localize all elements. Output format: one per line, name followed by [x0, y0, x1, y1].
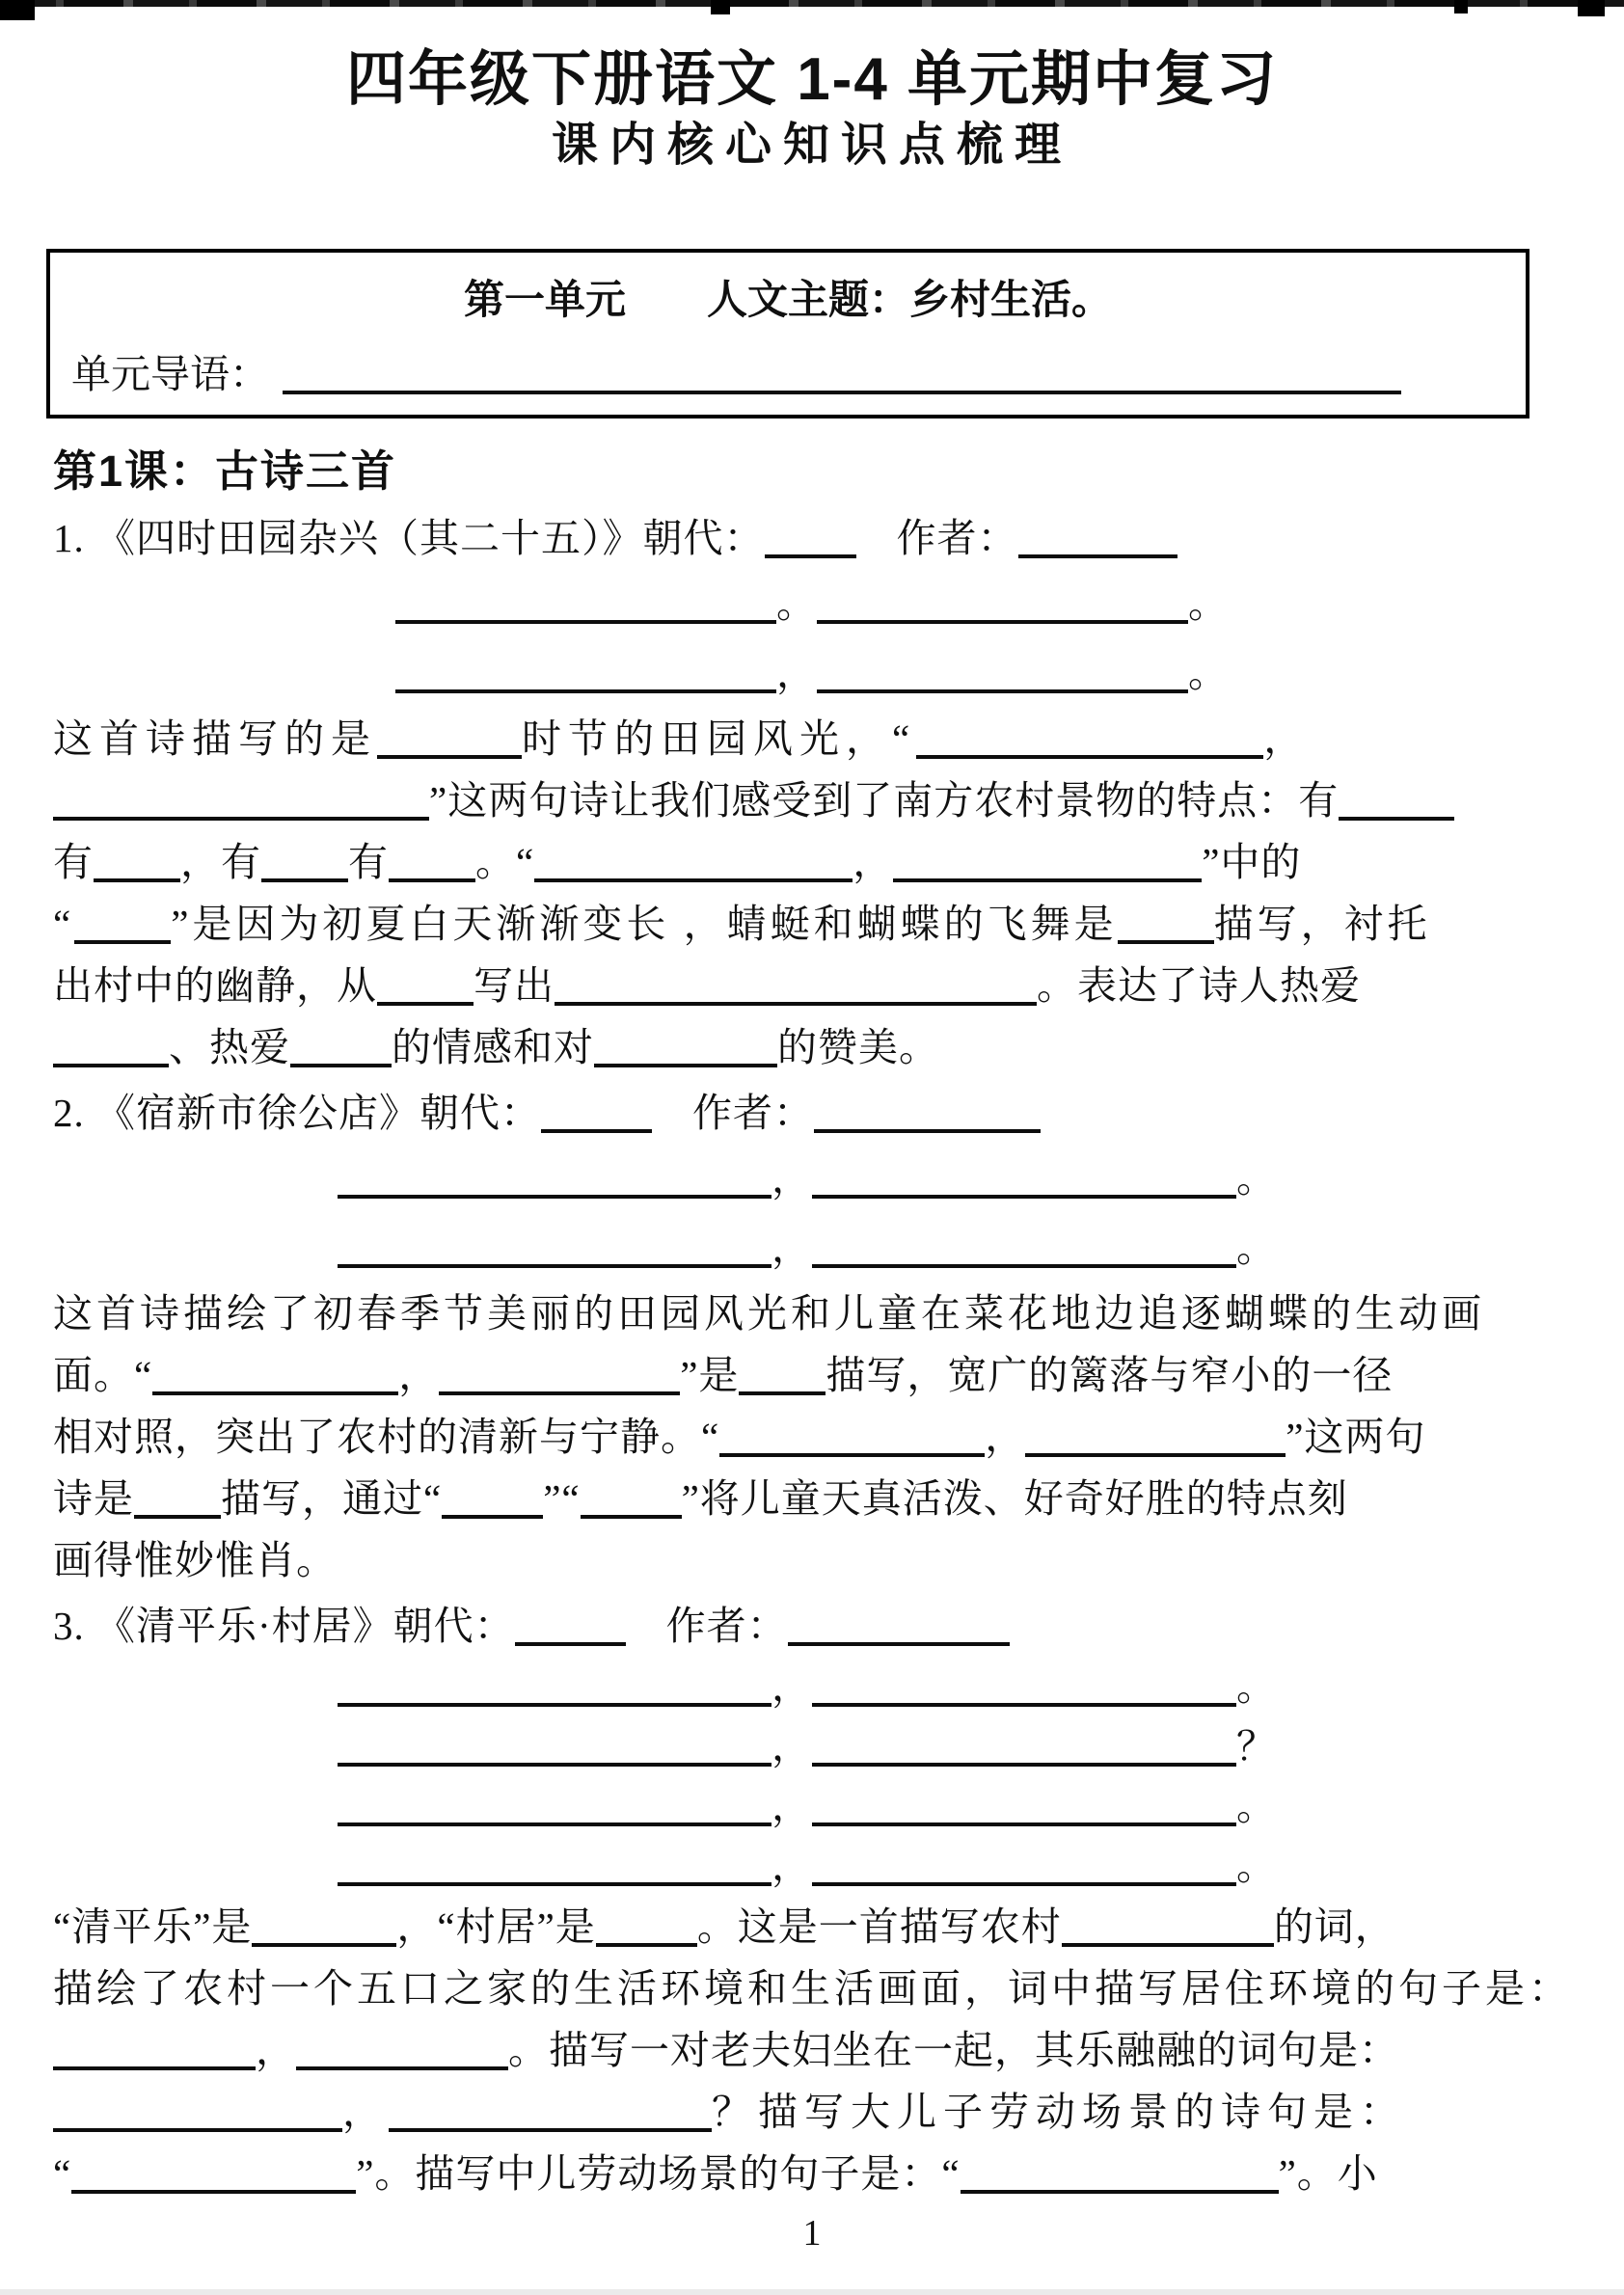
blank-underline [719, 1442, 985, 1457]
text-run: 作者： [856, 516, 1018, 560]
text-run: 。这是一首描写农村 [697, 1904, 1062, 1949]
text-run: ， [771, 1724, 812, 1768]
text-run: ， [771, 1226, 812, 1270]
text-run: 。 [1236, 1784, 1277, 1828]
text-run: 描写，衬托 [1214, 902, 1431, 946]
analysis-1-line: 、热爱的情感和对的赞美。 [53, 1016, 1578, 1078]
blank-underline [1062, 1931, 1274, 1947]
blank-underline [1339, 805, 1454, 821]
text-run: “ [53, 2151, 71, 2196]
text-run: 的词， [1274, 1904, 1395, 1949]
text-run: ， [342, 2090, 389, 2134]
blank-underline [338, 1253, 771, 1268]
text-run: 的赞美。 [777, 1025, 939, 1069]
blank-underline [739, 1380, 826, 1395]
blank-underline [812, 1751, 1236, 1767]
analysis-2-line: 这首诗描绘了初春季节美丽的田园风光和儿童在菜花地边追逐蝴蝶的生动画 [53, 1282, 1578, 1344]
blank-underline [594, 1052, 777, 1067]
text-run: 。 [1236, 1664, 1277, 1709]
blank-underline [581, 1503, 682, 1519]
analysis-3-line: ，？描写大儿子劳动场景的诗句是： [53, 2081, 1578, 2143]
analysis-1-line: “”是因为初夏白天渐渐变长 ，蜻蜓和蝴蝶的飞舞是描写，衬托 [53, 893, 1578, 955]
blank-underline [1025, 1442, 1286, 1457]
lesson-1-heading: 第1课：古诗三首 [53, 444, 1578, 499]
poem-3-blank-row: ，。 [53, 1836, 1578, 1896]
poem-3-header: 3. 《清平乐·村居》朝代： 作者： [53, 1595, 1578, 1657]
text-run: 第1课：古诗三首 [53, 446, 396, 496]
blank-underline [439, 1380, 680, 1395]
blank-underline [812, 1183, 1236, 1199]
analysis-2-line: 画得惟妙惟肖。 [53, 1529, 1578, 1591]
blank-underline [389, 867, 475, 882]
page-number: 1 [0, 2212, 1624, 2254]
text-run: ， [771, 1784, 812, 1828]
text-run: 。描写一对老夫妇坐在一起，其乐融融的词句是： [508, 2028, 1399, 2072]
text-run: ”是 [680, 1353, 739, 1397]
text-run: ”。描写中儿劳动场景的句子是：“ [356, 2151, 960, 2196]
analysis-3-line: 描绘了农村一个五口之家的生活环境和生活画面，词中描写居住环境的句子是： [53, 1957, 1578, 2019]
text-run: 有 [53, 840, 94, 884]
blank-underline [389, 2117, 712, 2132]
text-run: 2. 《宿新市徐公店》朝代： [53, 1091, 541, 1135]
poem-1-header: 1. 《四时田园杂兴（其二十五）》朝代： 作者： [53, 507, 1578, 569]
blank-underline [395, 608, 776, 624]
scan-artifact-blob [0, 0, 35, 20]
blank-underline [94, 867, 180, 882]
poem-3-blank-row: ，。 [53, 1657, 1578, 1716]
text-run: 1. 《四时田园杂兴（其二十五）》朝代： [53, 516, 765, 560]
blank-underline [338, 1871, 771, 1886]
blank-underline [152, 1380, 398, 1395]
blank-underline [788, 1631, 1010, 1646]
blank-underline [765, 543, 856, 558]
text-run: 作者： [652, 1091, 814, 1135]
text-run: 。表达了诗人热爱 [1037, 963, 1361, 1008]
text-run: ，“村居”是 [396, 1904, 595, 1949]
text-run: 时节的田园风光，“ [522, 716, 916, 761]
text-run: ， [771, 1156, 812, 1201]
blank-underline [893, 867, 1202, 882]
text-run: ， [1263, 716, 1310, 761]
text-run: 。 [1188, 651, 1229, 695]
text-run: 、热爱 [169, 1025, 290, 1069]
text-run: ， [256, 2028, 296, 2072]
text-run: 。 [1236, 1226, 1277, 1270]
blank-underline [53, 1052, 169, 1067]
blank-underline [53, 805, 429, 821]
page-title: 四年级下册语文 1-4 单元期中复习 [0, 48, 1624, 112]
poem-2-blank-row: ，。 [53, 1213, 1578, 1282]
text-run: 描写，通过“ [221, 1476, 442, 1521]
analysis-2-line: 面。“，”是描写，宽广的篱落与窄小的一径 [53, 1344, 1578, 1406]
blank-underline [377, 743, 522, 759]
analysis-2-line: 诗是描写，通过“”“”将儿童天真活泼、好奇好胜的特点刻 [53, 1468, 1578, 1529]
blank-underline [134, 1503, 221, 1519]
blank-underline [395, 678, 776, 693]
blank-underline [817, 608, 1188, 624]
analysis-2-line: 相对照，突出了农村的清新与宁静。“，”这两句 [53, 1406, 1578, 1468]
blank-underline [53, 2117, 342, 2132]
text-run: ， [771, 1664, 812, 1709]
analysis-3-line: “”。描写中儿劳动场景的句子是：“”。小 [53, 2143, 1578, 2204]
blank-underline [290, 1052, 392, 1067]
content-lines: 第1课：古诗三首1. 《四时田园杂兴（其二十五）》朝代： 作者：。。，。这首诗描… [0, 444, 1624, 2204]
text-run: 画得惟妙惟肖。 [53, 1538, 337, 1582]
text-run: 。 [1236, 1156, 1277, 1201]
blank-underline [812, 1811, 1236, 1826]
text-run: ， [985, 1415, 1025, 1459]
blank-underline [916, 743, 1263, 759]
text-run: 出村中的幽静，从 [53, 963, 377, 1008]
analysis-1-line: 有，有有。“，”中的 [53, 831, 1578, 893]
blank-underline [1118, 929, 1214, 944]
text-run: ”。小 [1279, 2151, 1378, 2196]
blank-underline [515, 1631, 626, 1646]
poem-3-blank-row: ，。 [53, 1776, 1578, 1836]
text-run: 写出 [474, 963, 555, 1008]
text-run: 这首诗描绘了初春季节美丽的田园风光和儿童在菜花地边追逐蝴蝶的生动画 [53, 1291, 1485, 1336]
text-run: 诗是 [53, 1476, 134, 1521]
text-run: 描绘了农村一个五口之家的生活环境和生活画面，词中描写居住环境的句子是： [53, 1966, 1572, 2011]
scan-artifact-blob [1454, 0, 1468, 13]
analysis-3-line: ，。描写一对老夫妇坐在一起，其乐融融的词句是： [53, 2019, 1578, 2081]
blank-underline [534, 867, 853, 882]
worksheet-page: 四年级下册语文 1-4 单元期中复习 课内核心知识点梳理 第一单元 人文主题：乡… [0, 0, 1624, 2295]
text-run: ”“ [543, 1476, 580, 1521]
text-run: ”中的 [1202, 840, 1301, 884]
poem-2-header: 2. 《宿新市徐公店》朝代： 作者： [53, 1082, 1578, 1144]
page-subtitle: 课内核心知识点梳理 [0, 120, 1624, 172]
blank-underline [541, 1118, 652, 1133]
text-run: 相对照，突出了农村的清新与宁静。“ [53, 1415, 719, 1459]
unit-intro-blank [283, 379, 1401, 394]
poem-3-blank-row: ，？ [53, 1716, 1578, 1776]
text-run: “ [53, 902, 74, 946]
blank-underline [555, 990, 1037, 1006]
text-run: 面。“ [53, 1353, 152, 1397]
unit-1-heading: 第一单元 人文主题：乡村生活。 [71, 276, 1504, 324]
blank-underline [338, 1751, 771, 1767]
text-run: ”是因为初夏白天渐渐变长 ，蜻蜓和蝴蝶的飞舞是 [171, 902, 1117, 946]
text-run: ， [853, 840, 893, 884]
blank-underline [814, 1118, 1041, 1133]
blank-underline [812, 1691, 1236, 1707]
text-run: ”这两句 [1286, 1415, 1425, 1459]
blank-underline [812, 1253, 1236, 1268]
text-run: 。 [776, 581, 817, 626]
text-run: 。“ [475, 840, 534, 884]
analysis-1-line: 这首诗描写的是时节的田园风光，“， [53, 708, 1578, 769]
text-run: 有 [348, 840, 389, 884]
blank-underline [961, 2178, 1279, 2194]
text-run: ？描写大儿子劳动场景的诗句是： [712, 2090, 1406, 2134]
text-run: 。 [1236, 1844, 1277, 1888]
text-run: 3. 《清平乐·村居》朝代： [53, 1604, 515, 1648]
scan-artifact-blob [1578, 0, 1605, 16]
scan-artifact-blob [711, 0, 730, 14]
blank-underline [817, 678, 1188, 693]
text-run: ， [771, 1844, 812, 1888]
text-run: ”将儿童天真活泼、好奇好胜的特点刻 [682, 1476, 1348, 1521]
analysis-1-line: ”这两句诗让我们感受到了南方农村景物的特点：有 [53, 769, 1578, 831]
text-run: 的情感和对 [392, 1025, 594, 1069]
blank-underline [261, 867, 348, 882]
scan-artifact-bottom-bar [0, 2289, 1624, 2295]
blank-underline [338, 1691, 771, 1707]
scan-artifact-top-bar [0, 0, 1624, 7]
blank-underline [377, 990, 474, 1006]
unit-intro-line: 单元导语： [71, 345, 1504, 403]
unit-intro-label: 单元导语： [71, 352, 269, 396]
blank-underline [74, 929, 171, 944]
poem-2-blank-row: ，。 [53, 1144, 1578, 1213]
text-run: ，有 [180, 840, 261, 884]
text-run: ”这两句诗让我们感受到了南方农村景物的特点：有 [429, 778, 1339, 823]
text-run: 描写，宽广的篱落与窄小的一径 [826, 1353, 1393, 1397]
text-run: “清平乐”是 [53, 1904, 252, 1949]
text-run: ？ [1236, 1724, 1277, 1768]
text-run: 这首诗描写的是 [53, 716, 377, 761]
blank-underline [338, 1811, 771, 1826]
blank-underline [596, 1931, 697, 1947]
blank-underline [252, 1931, 396, 1947]
blank-underline [338, 1183, 771, 1199]
text-run: 。 [1188, 581, 1229, 626]
poem-1-blank-row: 。。 [53, 569, 1578, 638]
blank-underline [296, 2055, 508, 2070]
analysis-3-line: “清平乐”是，“村居”是。这是一首描写农村的词， [53, 1896, 1578, 1957]
blank-underline [442, 1503, 543, 1519]
text-run: ， [776, 651, 817, 695]
blank-underline [71, 2178, 356, 2194]
blank-underline [1018, 543, 1177, 558]
blank-underline [812, 1871, 1236, 1886]
unit-1-box: 第一单元 人文主题：乡村生活。 单元导语： [46, 249, 1529, 418]
blank-underline [53, 2055, 256, 2070]
poem-1-blank-row: ，。 [53, 638, 1578, 708]
text-run: ， [398, 1353, 439, 1397]
analysis-1-line: 出村中的幽静，从写出。表达了诗人热爱 [53, 955, 1578, 1016]
text-run: 作者： [626, 1604, 788, 1648]
